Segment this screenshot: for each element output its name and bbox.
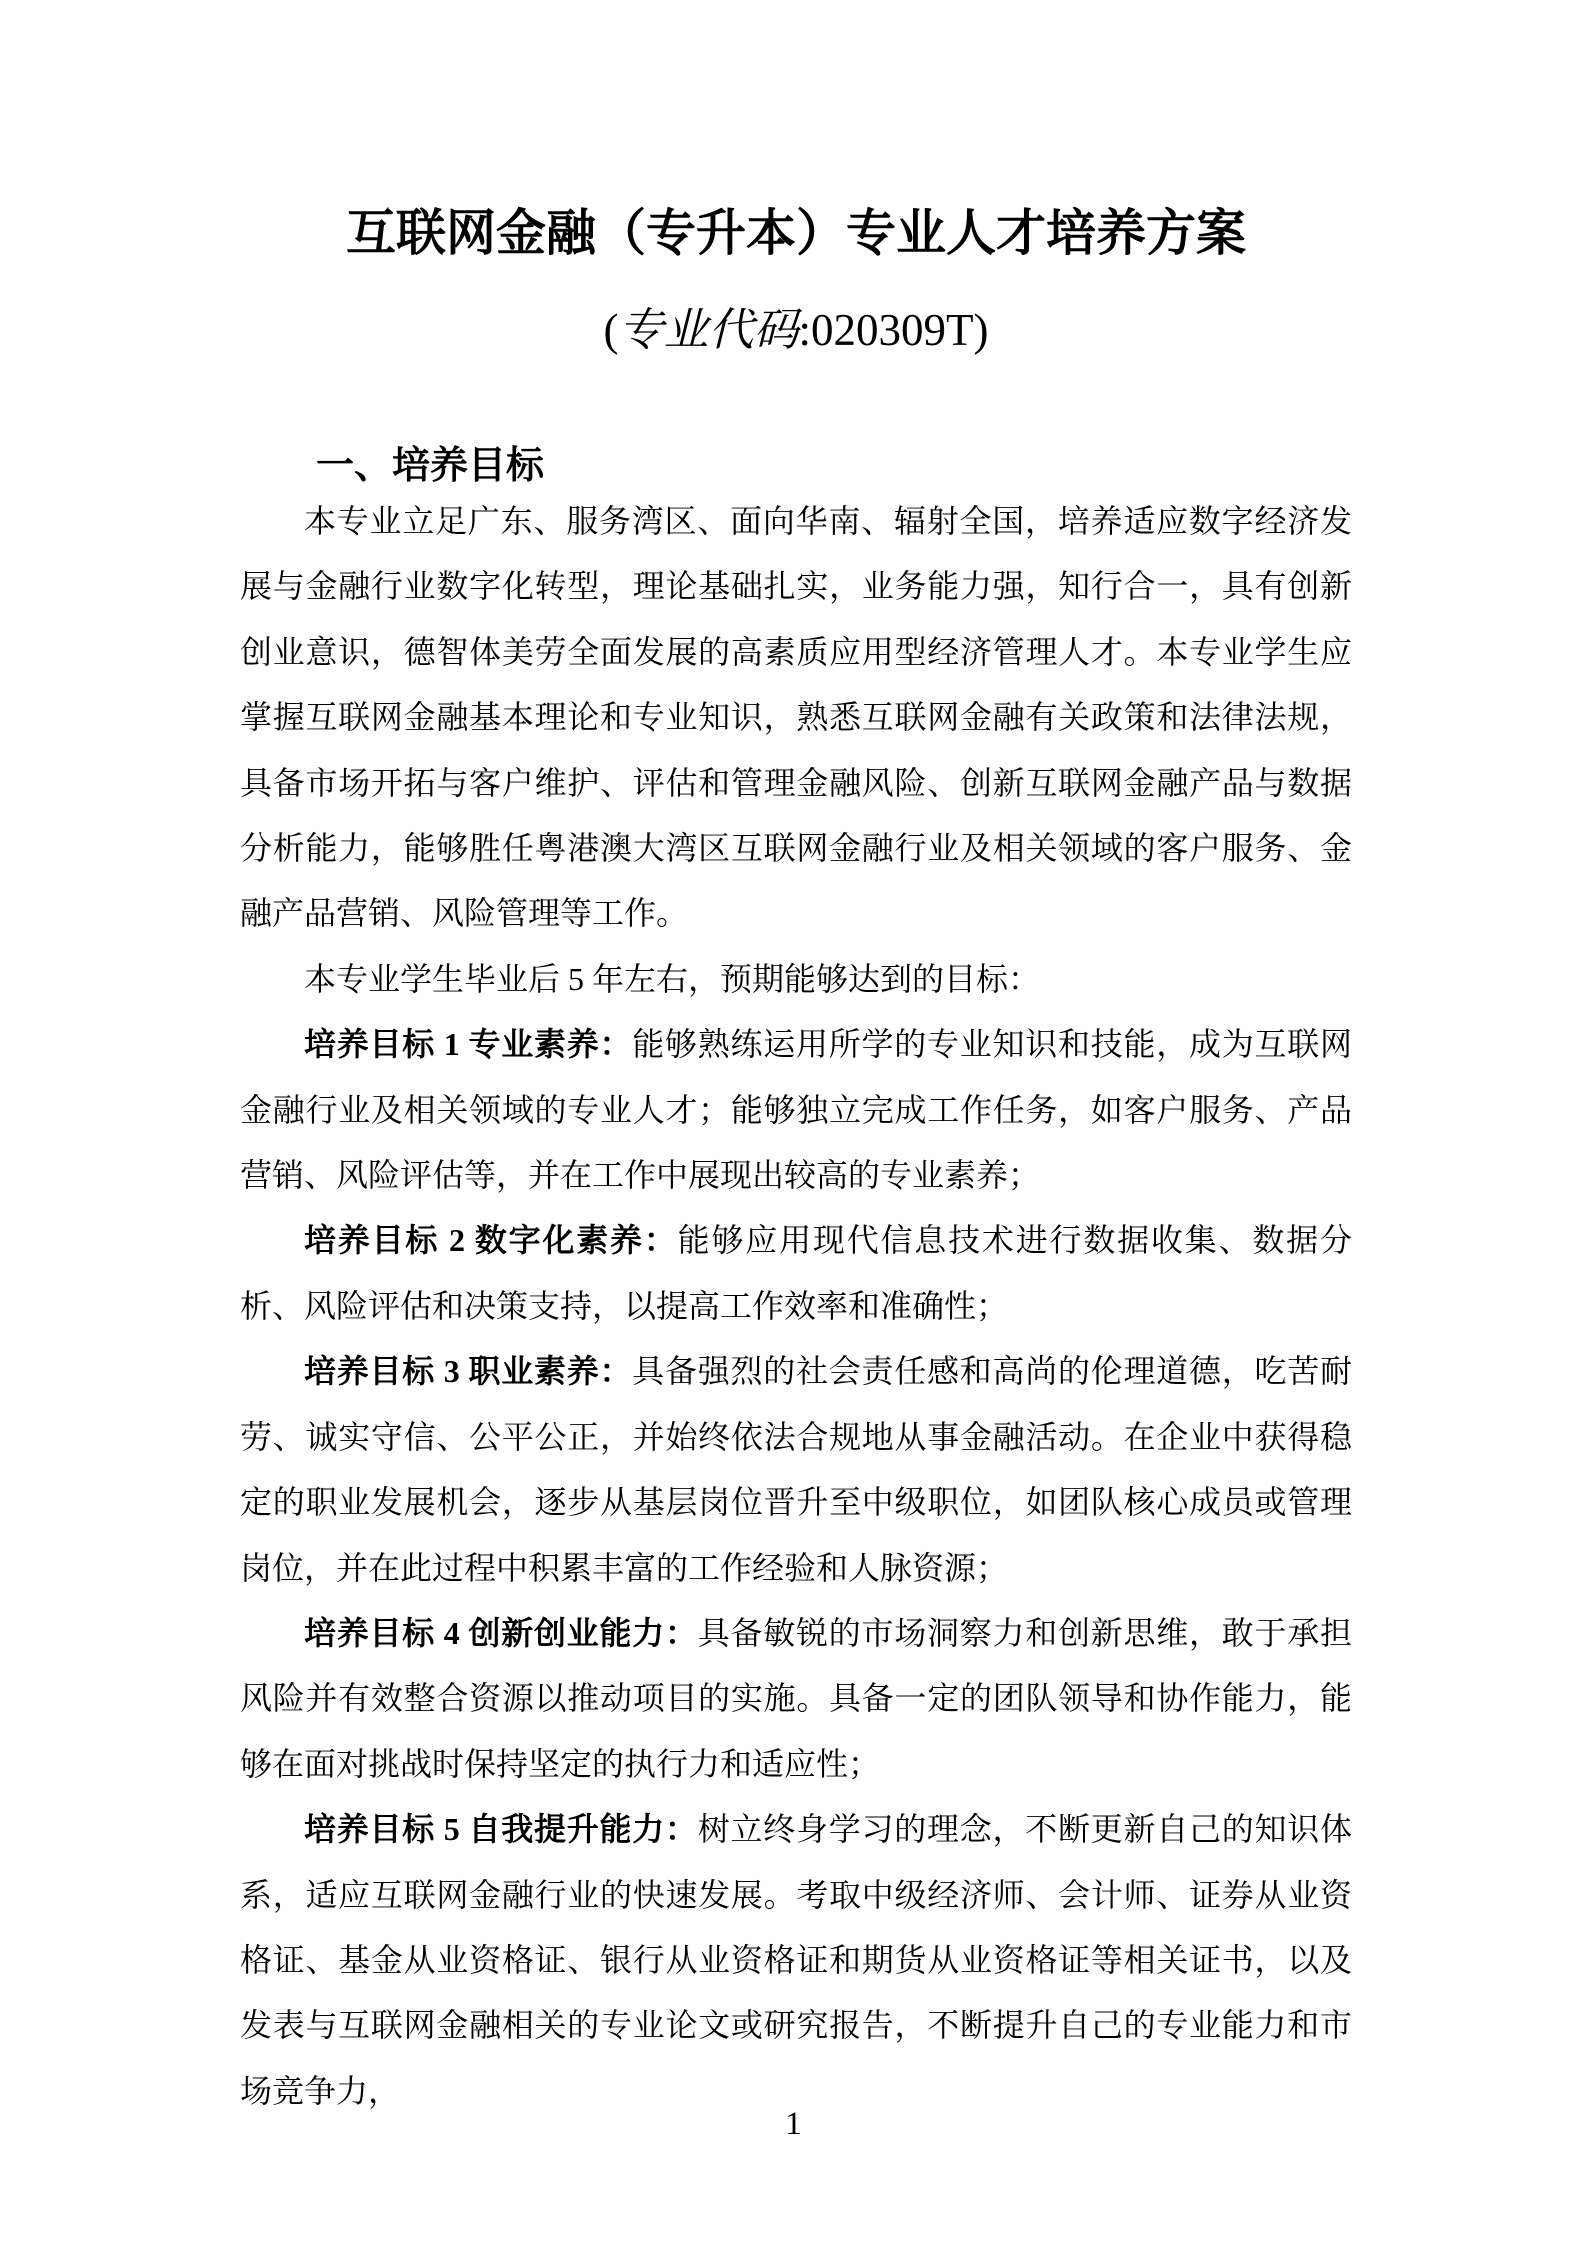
document-page: 互联网金融（专升本）专业人才培养方案 (专业代码:020309T) 一、培养目标… xyxy=(0,0,1587,2245)
document-content: 互联网金融（专升本）专业人才培养方案 (专业代码:020309T) 一、培养目标… xyxy=(240,0,1352,2124)
goal-5-text: 树立终身学习的理念，不断更新自己的知识体系，适应互联网金融行业的快速发展。考取中… xyxy=(240,1811,1352,2109)
goal-paragraph-4: 培养目标 4 创新创业能力：具备敏锐的市场洞察力和创新思维，敢于承担风险并有效整… xyxy=(240,1601,1352,1797)
goal-5-label: 培养目标 5 自我提升能力： xyxy=(304,1811,698,1847)
goal-4-label: 培养目标 4 创新创业能力： xyxy=(304,1615,698,1651)
goal-3-label: 培养目标 3 职业素养： xyxy=(304,1353,632,1389)
goal-paragraph-2: 培养目标 2 数字化素养：能够应用现代信息技术进行数据收集、数据分析、风险评估和… xyxy=(240,1208,1352,1339)
goal-2-label: 培养目标 2 数字化素养： xyxy=(304,1222,678,1258)
goal-paragraph-1: 培养目标 1 专业素养：能够熟练运用所学的专业知识和技能，成为互联网金融行业及相… xyxy=(240,1012,1352,1208)
document-title: 互联网金融（专升本）专业人才培养方案 xyxy=(240,202,1352,264)
page-number: 1 xyxy=(0,2104,1587,2144)
subtitle-open-paren: ( xyxy=(604,305,619,355)
intro-paragraph: 本专业立足广东、服务湾区、面向华南、辐射全国，培养适应数字经济发展与金融行业数字… xyxy=(240,489,1352,947)
section-heading-training-objectives: 一、培养目标 xyxy=(240,443,1352,489)
subtitle-major-code-label: 专业代码 xyxy=(619,305,799,355)
goal-paragraph-3: 培养目标 3 职业素养：具备强烈的社会责任感和高尚的伦理道德，吃苦耐劳、诚实守信… xyxy=(240,1339,1352,1601)
subtitle-major-code-value: :020309T) xyxy=(799,305,989,355)
goal-1-label: 培养目标 1 专业素养： xyxy=(304,1026,632,1062)
lead-paragraph: 本专业学生毕业后 5 年左右，预期能够达到的目标： xyxy=(240,947,1352,1012)
document-subtitle: (专业代码:020309T) xyxy=(240,301,1352,359)
goal-paragraph-5: 培养目标 5 自我提升能力：树立终身学习的理念，不断更新自己的知识体系，适应互联… xyxy=(240,1797,1352,2124)
